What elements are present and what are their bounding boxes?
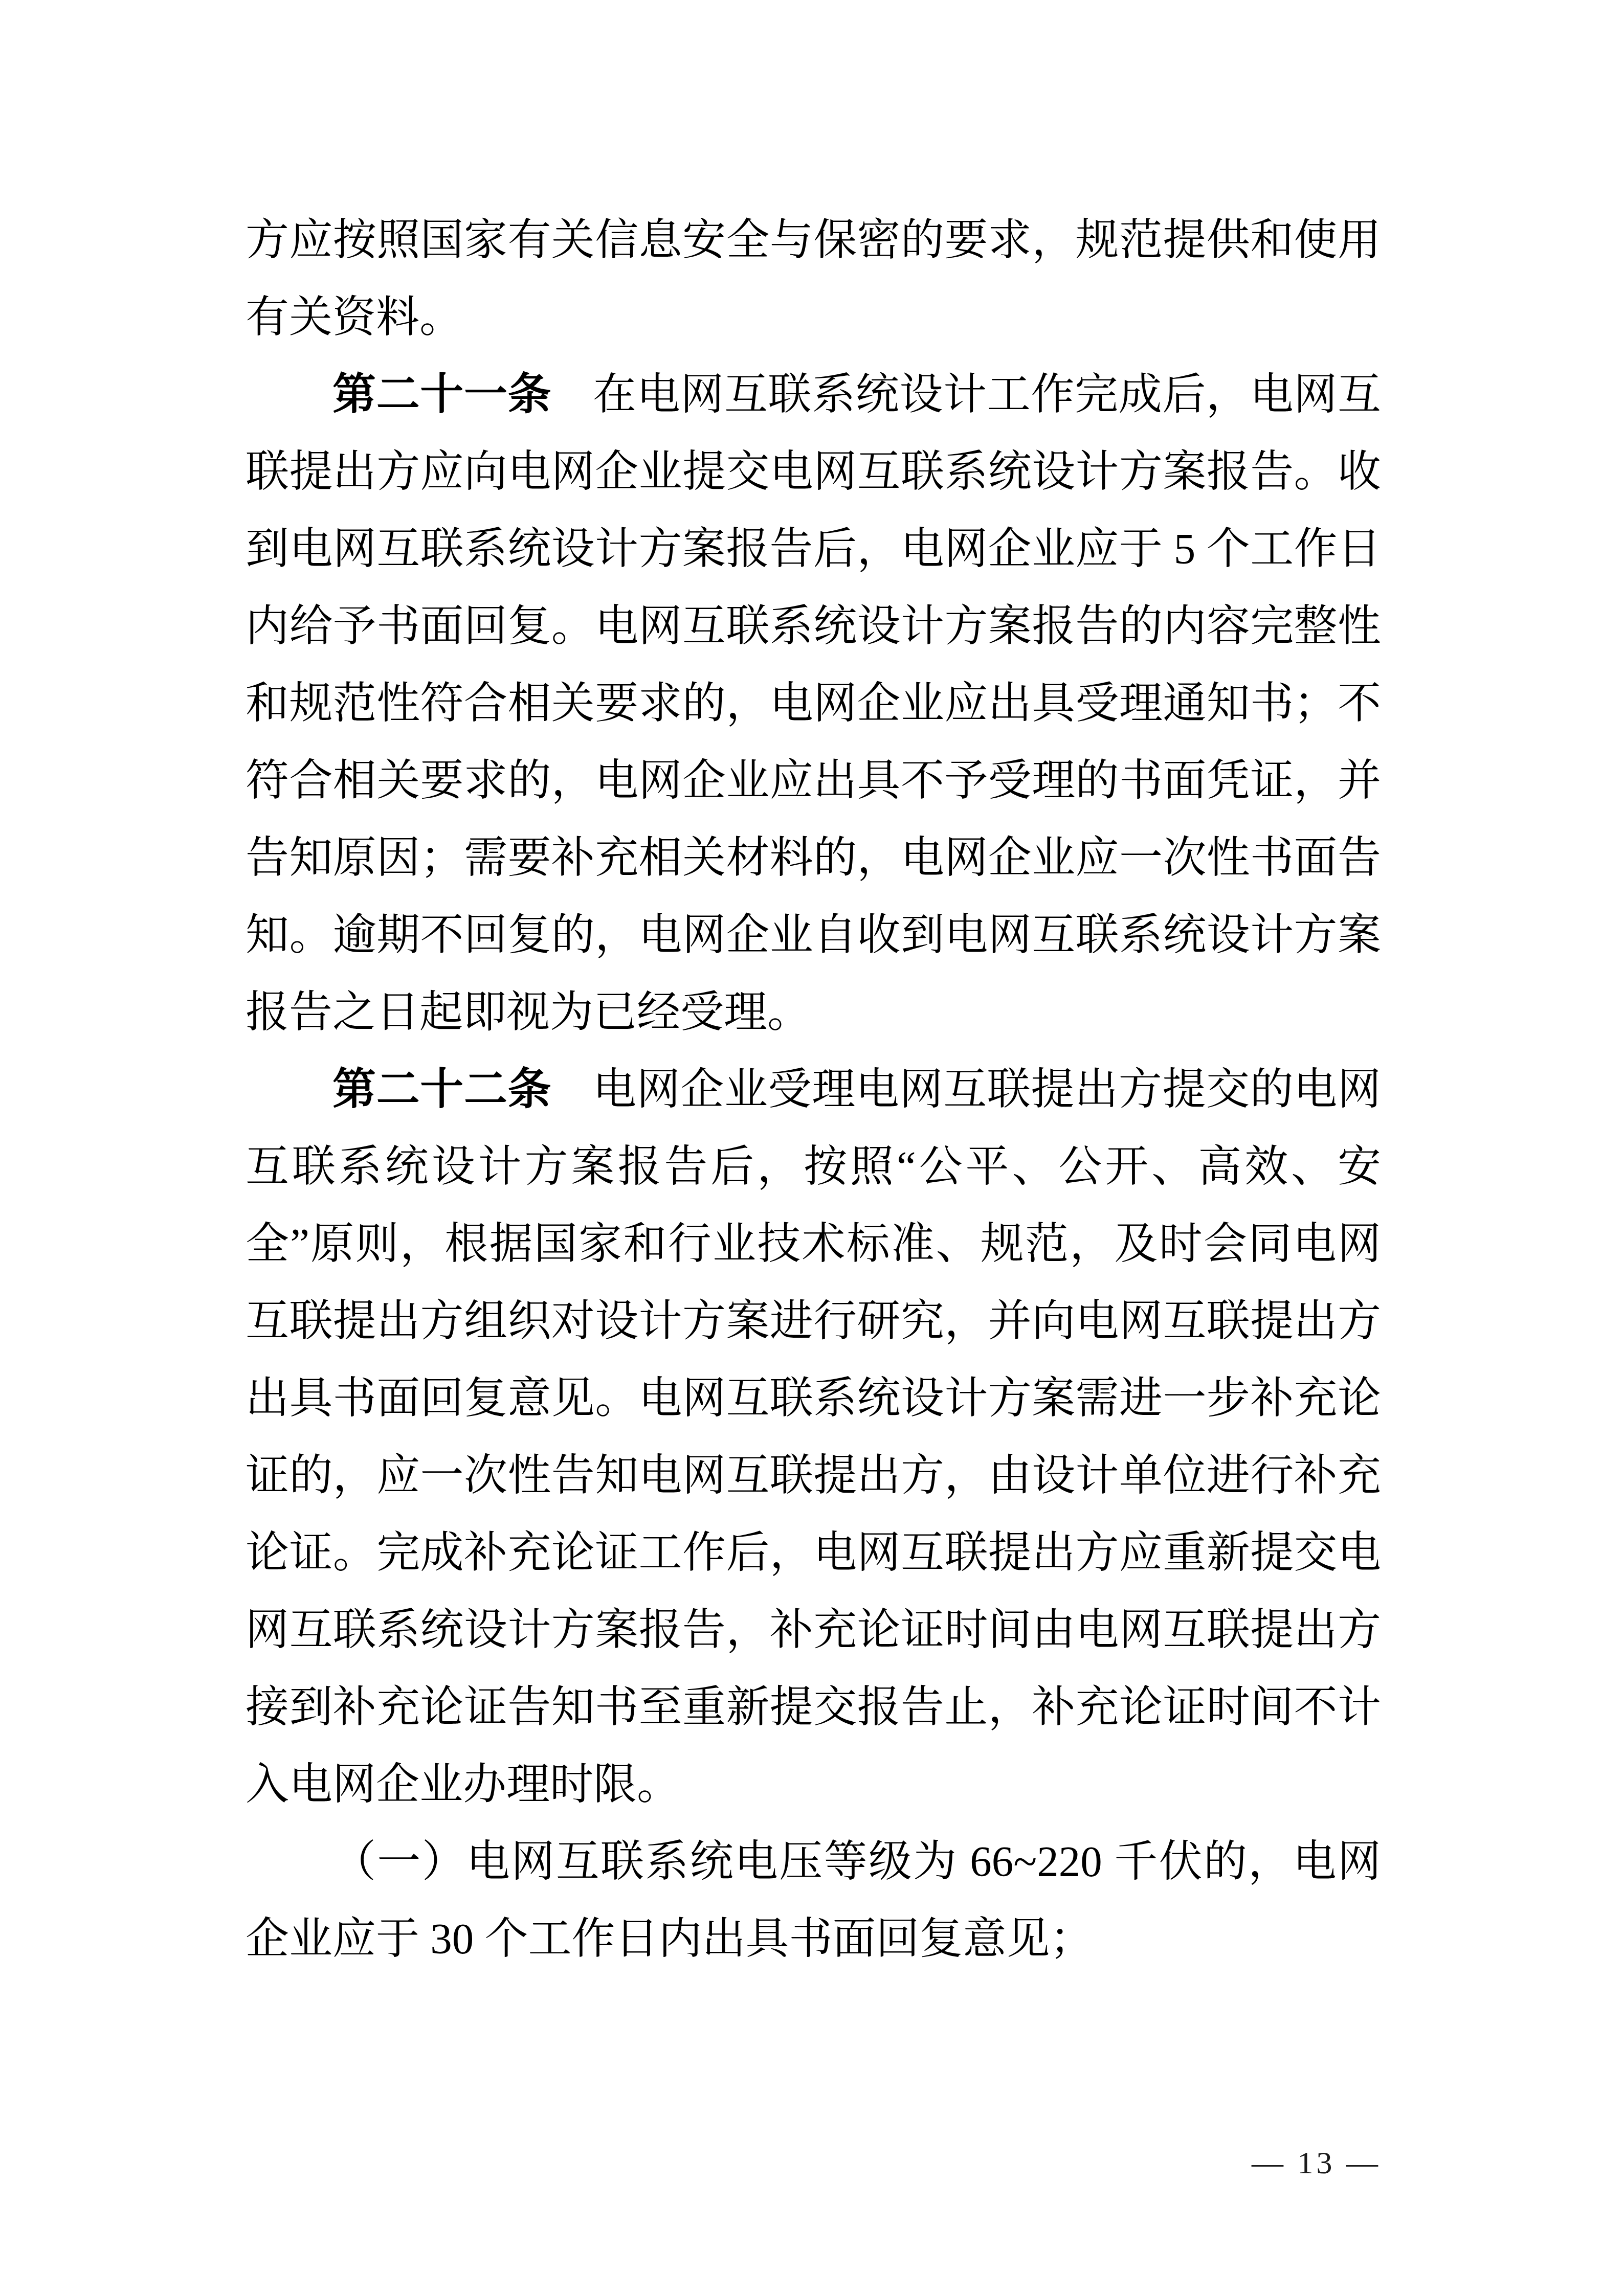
paragraph-text: 在电网互联系统设计工作完成后，电网互联提出方应向电网企业提交电网互联系统设计方案… [246, 371, 1381, 1037]
article-22-heading: 第二十二条 [332, 1066, 551, 1114]
article-21-heading: 第二十一条 [332, 371, 551, 419]
page-footer: — 13 — [1252, 2140, 1381, 2186]
document-body: 方应按照国家有关信息安全与保密的要求，规范提供和使用有关资料。 第二十一条在电网… [246, 202, 1381, 1978]
paragraph-article-22: 第二十二条电网企业受理电网互联提出方提交的电网互联系统设计方案报告后，按照“公平… [246, 1051, 1381, 1824]
paragraph-article-21: 第二十一条在电网互联系统设计工作完成后，电网互联提出方应向电网企业提交电网互联系… [246, 356, 1381, 1051]
paragraph-item-1: （一）电网互联系统电压等级为 66~220 千伏的，电网企业应于 30 个工作日… [246, 1824, 1381, 1978]
paragraph-continuation: 方应按照国家有关信息安全与保密的要求，规范提供和使用有关资料。 [246, 202, 1381, 356]
paragraph-text: （一）电网互联系统电压等级为 66~220 千伏的，电网企业应于 30 个工作日… [246, 1838, 1381, 1963]
document-page: 方应按照国家有关信息安全与保密的要求，规范提供和使用有关资料。 第二十一条在电网… [0, 0, 1624, 2296]
page-number: — 13 — [1252, 2146, 1381, 2180]
paragraph-text: 方应按照国家有关信息安全与保密的要求，规范提供和使用有关资料。 [246, 216, 1381, 342]
paragraph-text: 电网企业受理电网互联提出方提交的电网互联系统设计方案报告后，按照“公平、公开、高… [246, 1066, 1381, 1809]
